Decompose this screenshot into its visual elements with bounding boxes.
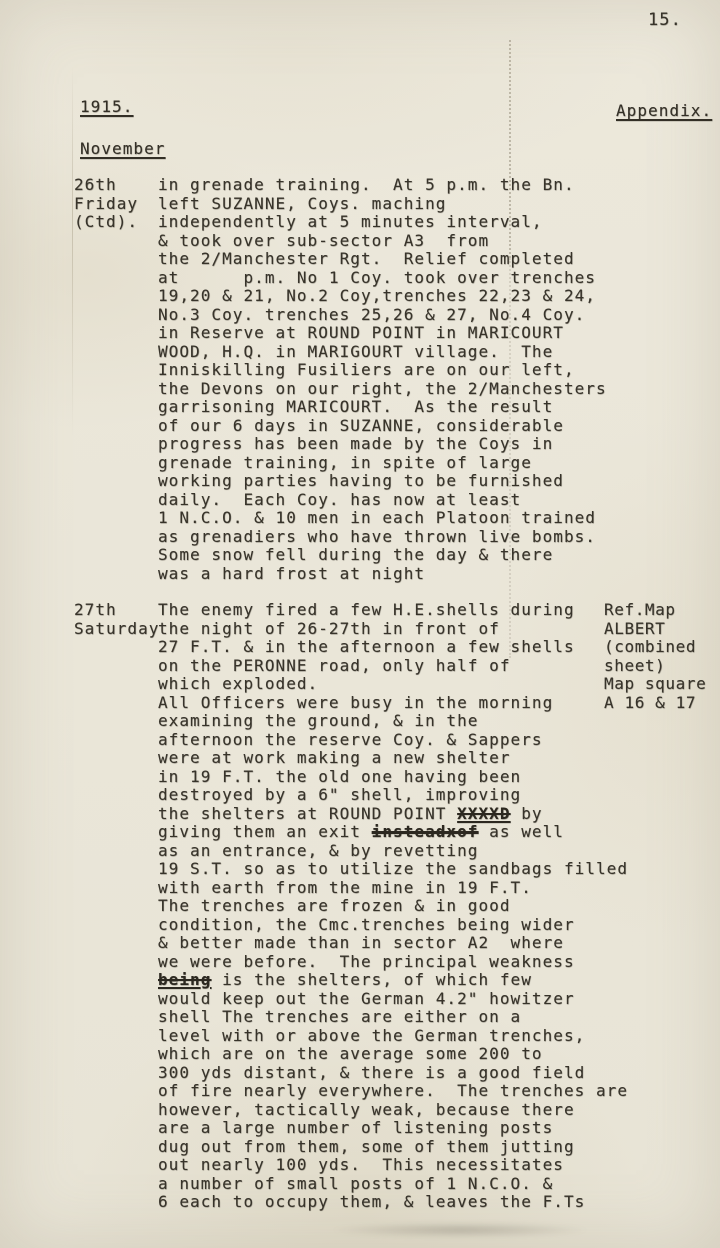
struck-out-text-being: being	[158, 970, 211, 989]
war-diary-page: 15. 1915. Appendix. November 26th Friday…	[0, 0, 720, 1248]
struck-out-text-insteadof: insteadxof	[372, 822, 479, 841]
entry-date-26th: 26th Friday (Ctd).	[74, 176, 138, 232]
scan-smudge	[330, 1222, 590, 1238]
paper-crease	[72, 66, 73, 436]
entry-body-27th-text-4: is the shelters, of which few would keep…	[158, 970, 628, 1211]
year-heading: 1915.	[80, 98, 133, 117]
entry-body-26th: in grenade training. At 5 p.m. the Bn. l…	[158, 176, 607, 583]
month-heading: November	[80, 140, 165, 159]
appendix-label: Appendix.	[616, 102, 712, 121]
struck-out-text-xxxxd: XXXXD	[457, 804, 510, 823]
entry-body-27th-text-1: The enemy fired a few H.E.shells during …	[158, 600, 575, 823]
entry-body-27th: The enemy fired a few H.E.shells during …	[158, 601, 628, 1212]
page-number: 15.	[648, 11, 682, 30]
entry-date-27th: 27th Saturday	[74, 601, 159, 638]
entry-body-27th-text-3: as well as an entrance, & by revetting 1…	[158, 822, 628, 971]
margin-note-map-reference: Ref.Map ALBERT (combined sheet) Map squa…	[604, 601, 706, 712]
